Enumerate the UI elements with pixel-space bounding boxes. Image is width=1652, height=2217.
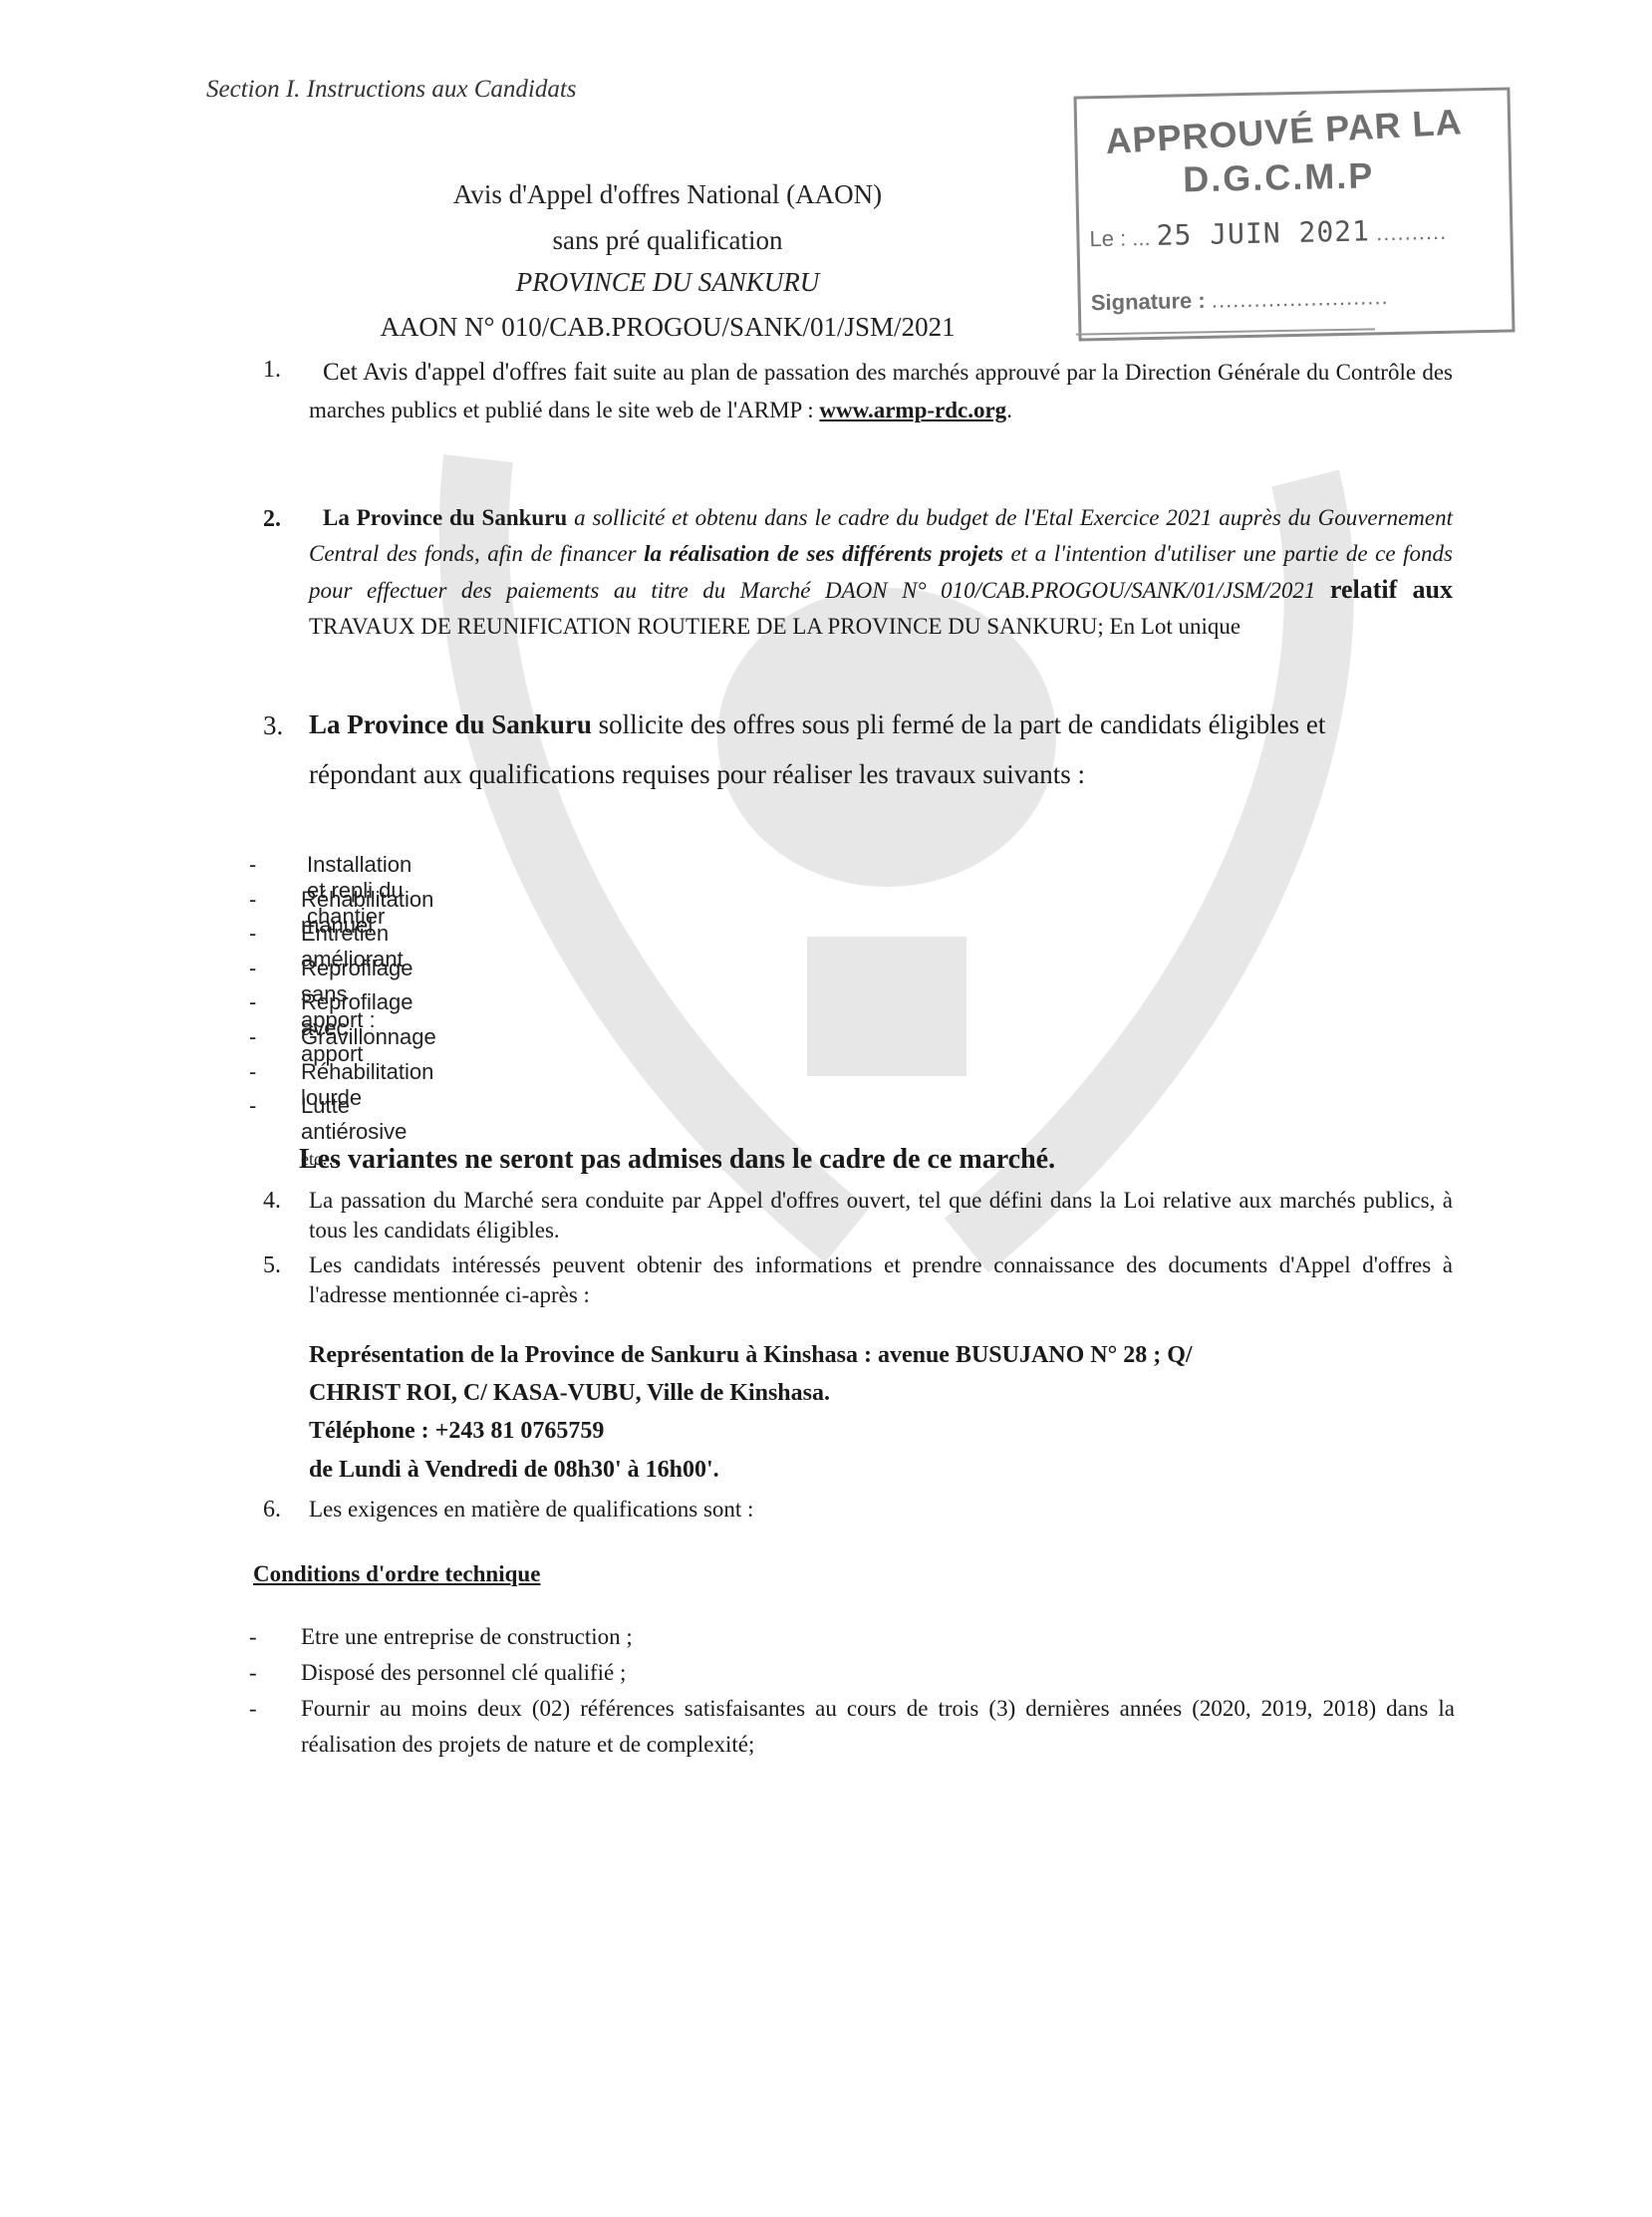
work-item: Lutte antiérosive	[301, 1093, 407, 1144]
approval-stamp: APPROUVÉ PAR LA D.G.C.M.P Le : ... 25 JU…	[1073, 87, 1514, 341]
paragraph-3: La Province du Sankuru sollicite des off…	[309, 699, 1405, 799]
paragraph-2: La Province du Sankuru a sollicité et ob…	[309, 500, 1453, 645]
work-item: Gravillonnage	[301, 1024, 436, 1050]
list-item: -Fournir au moins deux (02) références s…	[249, 1691, 1455, 1763]
condition-item: Disposé des personnel clé qualifié ;	[301, 1660, 626, 1685]
paragraph-1-tail: .	[1006, 398, 1012, 422]
paragraph-2-relatif: relatif aux	[1330, 575, 1453, 604]
document-page: Section I. Instructions aux Candidats Av…	[0, 0, 1652, 2217]
paragraph-3-province: La Province du Sankuru	[309, 709, 592, 739]
paragraph-1: Cet Avis d'appel d'offres fait suite au …	[309, 354, 1453, 429]
item-number-6: 6.	[263, 1497, 281, 1524]
condition-item: Fournir au moins deux (02) références sa…	[301, 1696, 1455, 1757]
variants-notice: Les variantes ne seront pas admises dans…	[299, 1144, 1055, 1176]
paragraph-4: La passation du Marché sera conduite par…	[309, 1186, 1453, 1246]
conditions-list: -Etre une entreprise de construction ; -…	[249, 1619, 1455, 1763]
item-number-2: 2.	[263, 506, 281, 533]
stamp-approved-text: APPROUVÉ PAR LA	[1104, 101, 1463, 162]
address-phone: Téléphone : +243 81 0765759	[309, 1418, 604, 1445]
list-item: -Disposé des personnel clé qualifié ;	[249, 1655, 1455, 1691]
condition-item: Etre une entreprise de construction ;	[301, 1624, 633, 1649]
item-number-5: 5.	[263, 1252, 281, 1279]
armp-website-link[interactable]: www.armp-rdc.org	[819, 398, 1006, 422]
section-header: Section I. Instructions aux Candidats	[206, 76, 577, 104]
stamp-date-value: 25 JUIN 2021	[1156, 214, 1370, 251]
item-number-1: 1.	[263, 357, 281, 384]
paragraph-2-purpose: la réalisation de ses différents projets	[644, 541, 1003, 566]
list-item: -Etre une entreprise de construction ;	[249, 1619, 1455, 1655]
stamp-signature-row: Signature : .........................	[1091, 284, 1389, 316]
stamp-date-row: Le : ... 25 JUIN 2021 ..........	[1089, 213, 1447, 254]
address-hours: de Lundi à Vendredi de 08h30' à 16h00'.	[309, 1457, 719, 1484]
item-number-3: 3.	[263, 710, 283, 741]
conditions-title: Conditions d'ordre technique	[253, 1561, 540, 1587]
stamp-signature-label: Signature :	[1091, 288, 1206, 315]
paragraph-1-lead: Cet Avis d'appel d'offres fait	[323, 359, 607, 386]
stamp-authority: D.G.C.M.P	[1183, 154, 1375, 200]
address-line-1: Représentation de la Province de Sankuru…	[309, 1342, 1193, 1369]
paragraph-2-text-3: TRAVAUX DE REUNIFICATION ROUTIERE DE LA …	[309, 614, 1240, 639]
stamp-date-label: Le : ...	[1089, 225, 1151, 251]
address-line-2: CHRIST ROI, C/ KASA-VUBU, Ville de Kinsh…	[309, 1380, 830, 1407]
paragraph-2-province: La Province du Sankuru	[323, 505, 567, 530]
paragraph-6: Les exigences en matière de qualificatio…	[309, 1497, 753, 1523]
item-number-4: 4.	[263, 1188, 281, 1215]
paragraph-5: Les candidats intéressés peuvent obtenir…	[309, 1250, 1453, 1310]
